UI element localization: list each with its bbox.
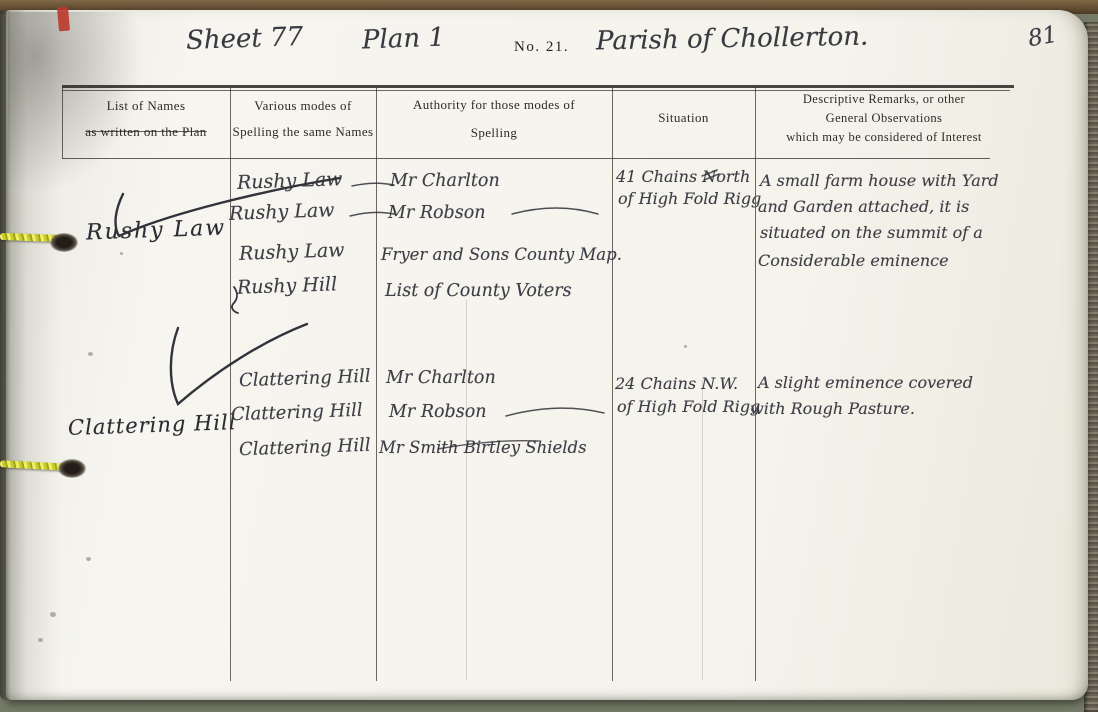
binding-hole bbox=[50, 233, 78, 252]
authority: Mr Charlton bbox=[390, 171, 500, 191]
column-divider-1 bbox=[230, 87, 231, 681]
paper-speck bbox=[88, 352, 93, 356]
spelling-variant: Rushy Law bbox=[237, 168, 343, 194]
remarks-line: situated on the summit of a bbox=[760, 223, 983, 242]
column-divider-2 bbox=[376, 87, 377, 681]
authority: Mr Robson bbox=[389, 402, 487, 422]
header-bottom-rule bbox=[62, 158, 990, 159]
situation-line: 24 Chains N.W. bbox=[615, 374, 738, 393]
printed-entry-number: No. 21. bbox=[514, 39, 569, 56]
table-top-rule bbox=[62, 85, 1014, 88]
situation-line: of High Fold Rigg bbox=[618, 189, 761, 208]
binding-hole bbox=[58, 459, 86, 478]
spelling-variant: Rushy Law bbox=[239, 239, 345, 265]
col-header-spelling-line1: Various modes of bbox=[230, 98, 376, 114]
spelling-variant: Rushy Law bbox=[229, 199, 335, 225]
remarks-line: A small farm house with Yard bbox=[760, 171, 999, 190]
col-header-remarks-line1: Descriptive Remarks, or other bbox=[755, 92, 1013, 107]
situation-line: of High Fold Rigg bbox=[617, 397, 760, 416]
paper-speck bbox=[684, 345, 687, 348]
paper-speck bbox=[38, 638, 43, 642]
column-divider-3 bbox=[612, 87, 613, 681]
show-through-line bbox=[466, 300, 467, 680]
paper-speck bbox=[86, 557, 91, 561]
col-header-remarks-line2: General Observations bbox=[755, 111, 1013, 126]
authority: Mr Charlton bbox=[386, 368, 496, 388]
authority: List of County Voters bbox=[385, 281, 572, 301]
plan-number: Plan 1 bbox=[362, 23, 446, 56]
sheet-number: Sheet 77 bbox=[186, 22, 304, 56]
paper-speck bbox=[120, 252, 123, 255]
col-header-authority-line1: Authority for those modes of bbox=[376, 97, 612, 113]
page-number: 81 bbox=[1026, 22, 1059, 53]
col-header-names-line1: List of Names bbox=[62, 98, 230, 114]
authority: Mr Smith Birtley Shields bbox=[379, 438, 587, 457]
col-header-spelling-line2: Spelling the same Names bbox=[230, 124, 376, 140]
column-divider-4 bbox=[755, 87, 756, 681]
spelling-variant: Rushy Hill bbox=[237, 273, 338, 298]
col-header-situation: Situation bbox=[612, 110, 755, 126]
entry-name: Rushy Law bbox=[86, 216, 227, 246]
remarks-line: A slight eminence covered bbox=[758, 373, 973, 392]
col-header-authority-line2: Spelling bbox=[376, 125, 612, 141]
authority: Mr Robson bbox=[388, 203, 486, 223]
remarks-line: and Garden attached, it is bbox=[758, 197, 969, 216]
remarks-line: Considerable eminence bbox=[758, 251, 949, 270]
authority: Fryer and Sons County Map. bbox=[381, 245, 622, 264]
scanned-name-book-page: Sheet 77 Plan 1 No. 21. Parish of Cholle… bbox=[0, 0, 1098, 712]
col-header-remarks-line3: which may be considered of Interest bbox=[755, 130, 1013, 145]
col-header-names-line2: as written on the Plan bbox=[62, 124, 230, 140]
parish-name: Parish of Chollerton. bbox=[596, 22, 869, 57]
situation-line: 41 Chains North bbox=[616, 167, 750, 186]
table-top-rule-thin bbox=[62, 90, 1010, 91]
remarks-line: with Rough Pasture. bbox=[750, 399, 915, 418]
paper-speck bbox=[50, 612, 56, 617]
show-through-line bbox=[702, 380, 703, 680]
red-ink-mark bbox=[57, 7, 70, 32]
